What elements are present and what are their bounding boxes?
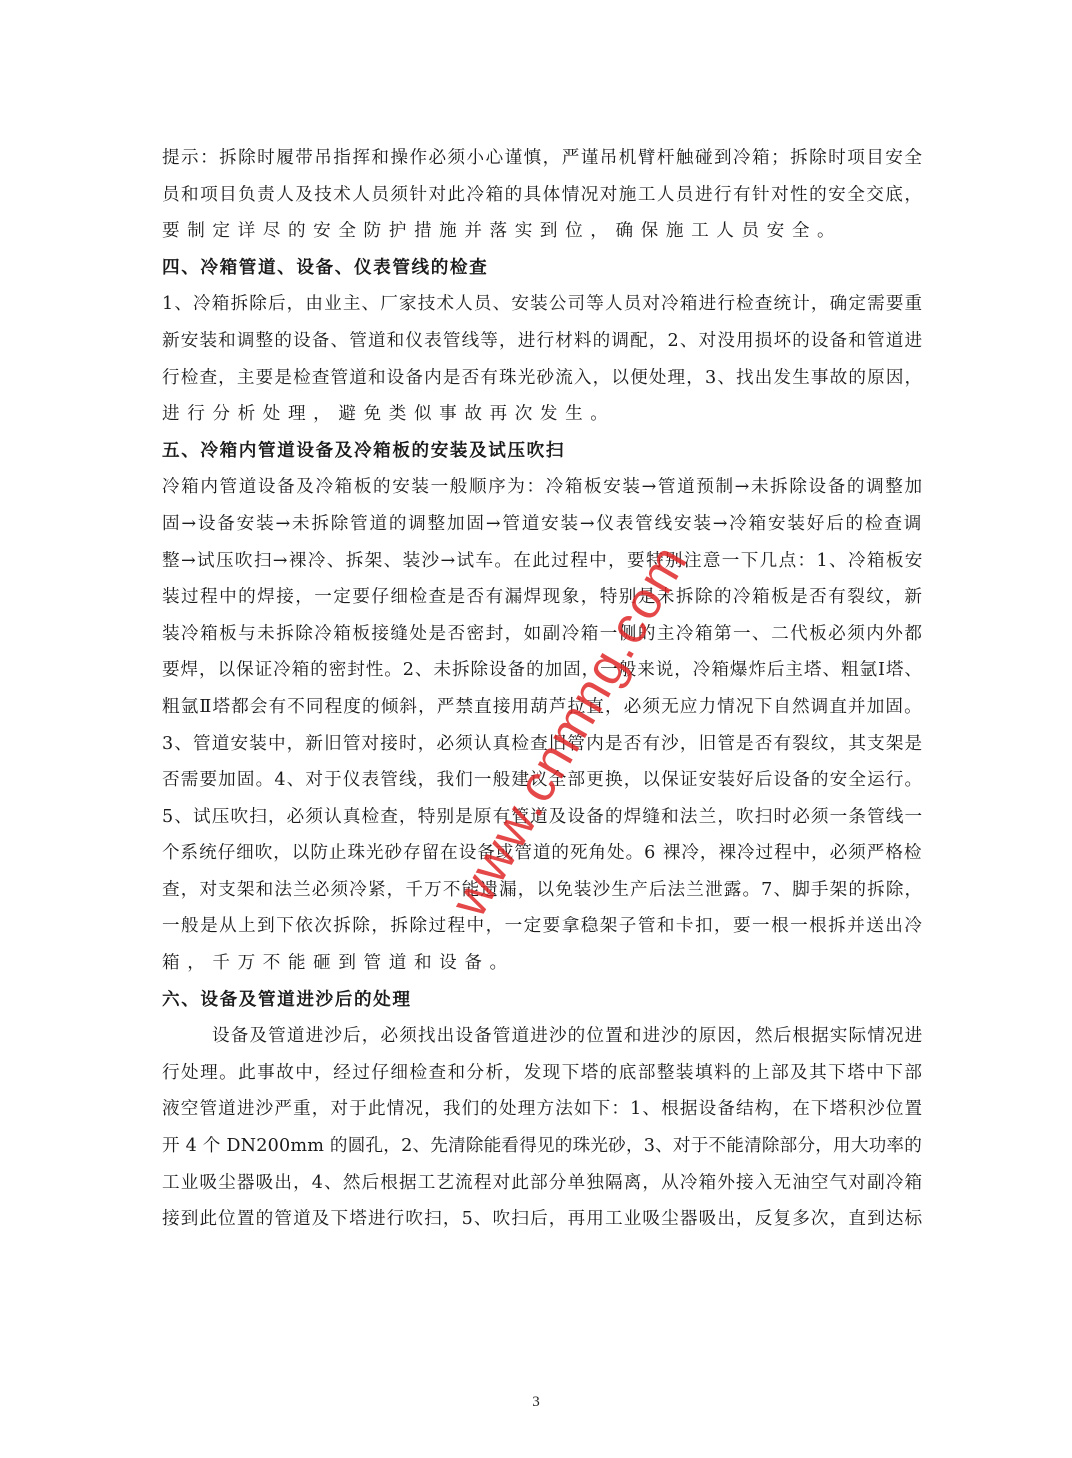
text-line: 个系统仔细吹，以防止珠光砂存留在设备或管道的死角处。6 裸冷，裸冷过程中，必须严… bbox=[162, 835, 922, 872]
section-heading: 四、冷箱管道、设备、仪表管线的检查 bbox=[162, 250, 922, 287]
text-line: 工业吸尘器吸出，4、然后根据工艺流程对此部分单独隔离，从冷箱外接入无油空气对副冷… bbox=[162, 1165, 922, 1202]
text-line: 一般是从上到下依次拆除，拆除过程中，一定要拿稳架子管和卡扣，要一根一根拆并送出冷 bbox=[162, 908, 922, 945]
text-line: 装冷箱板与未拆除冷箱板接缝处是否密封，如副冷箱一侧的主冷箱第一、二代板必须内外都 bbox=[162, 616, 922, 653]
text-line: 行检查，主要是检查管道和设备内是否有珠光砂流入，以便处理，3、找出发生事故的原因… bbox=[162, 360, 922, 397]
text-line: 冷箱内管道设备及冷箱板的安装一般顺序为：冷箱板安装→管道预制→未拆除设备的调整加 bbox=[162, 469, 922, 506]
text-line: 接到此位置的管道及下塔进行吹扫，5、吹扫后，再用工业吸尘器吸出，反复多次，直到达… bbox=[162, 1201, 922, 1238]
section-heading: 五、冷箱内管道设备及冷箱板的安装及试压吹扫 bbox=[162, 433, 922, 470]
text-line: 要焊，以保证冷箱的密封性。2、未拆除设备的加固，一般来说，冷箱爆炸后主塔、粗氩Ⅰ… bbox=[162, 652, 922, 689]
text-line: 开 4 个 DN200mm 的圆孔，2、先清除能看得见的珠光砂，3、对于不能清除… bbox=[162, 1128, 922, 1165]
text-line: 行处理。此事故中，经过仔细检查和分析，发现下塔的底部整装填料的上部及其下塔中下部 bbox=[162, 1055, 922, 1092]
text-line: 进行分析处理，避免类似事故再次发生。 bbox=[162, 396, 922, 433]
text-line: 3、管道安装中，新旧管对接时，必须认真检查旧管内是否有沙，旧管是否有裂纹，其支架… bbox=[162, 726, 922, 763]
text-line: 员和项目负责人及技术人员须针对此冷箱的具体情况对施工人员进行有针对性的安全交底， bbox=[162, 177, 922, 214]
paragraph: 提示：拆除时履带吊指挥和操作必须小心谨慎，严谨吊机臂杆触碰到冷箱；拆除时项目安全… bbox=[162, 140, 922, 250]
text-line: 装过程中的焊接，一定要仔细检查是否有漏焊现象，特别是未拆除的冷箱板是否有裂纹，新 bbox=[162, 579, 922, 616]
text-line: 要制定详尽的安全防护措施并落实到位，确保施工人员安全。 bbox=[162, 213, 922, 250]
text-line: 箱，千万不能砸到管道和设备。 bbox=[162, 945, 922, 982]
text-line: 设备及管道进沙后，必须找出设备管道进沙的位置和进沙的原因，然后根据实际情况进 bbox=[162, 1018, 922, 1055]
text-line: 液空管道进沙严重，对于此情况，我们的处理方法如下：1、根据设备结构，在下塔积沙位… bbox=[162, 1091, 922, 1128]
document-body: 提示：拆除时履带吊指挥和操作必须小心谨慎，严谨吊机臂杆触碰到冷箱；拆除时项目安全… bbox=[162, 140, 922, 1238]
text-line: 否需要加固。4、对于仪表管线，我们一般建议全部更换，以保证安装好后设备的安全运行… bbox=[162, 762, 922, 799]
text-line: 5、试压吹扫，必须认真检查，特别是原有管道及设备的焊缝和法兰，吹扫时必须一条管线… bbox=[162, 799, 922, 836]
text-line: 固→设备安装→未拆除管道的调整加固→管道安装→仪表管线安装→冷箱安装好后的检查调 bbox=[162, 506, 922, 543]
paragraph: 1、冷箱拆除后，由业主、厂家技术人员、安装公司等人员对冷箱进行检查统计，确定需要… bbox=[162, 286, 922, 432]
page-number: 3 bbox=[0, 1394, 1072, 1411]
text-line: 提示：拆除时履带吊指挥和操作必须小心谨慎，严谨吊机臂杆触碰到冷箱；拆除时项目安全 bbox=[162, 140, 922, 177]
section-heading: 六、设备及管道进沙后的处理 bbox=[162, 982, 922, 1019]
paragraph: 设备及管道进沙后，必须找出设备管道进沙的位置和进沙的原因，然后根据实际情况进行处… bbox=[162, 1018, 922, 1238]
text-line: 1、冷箱拆除后，由业主、厂家技术人员、安装公司等人员对冷箱进行检查统计，确定需要… bbox=[162, 286, 922, 323]
document-page: 提示：拆除时履带吊指挥和操作必须小心谨慎，严谨吊机臂杆触碰到冷箱；拆除时项目安全… bbox=[0, 0, 1072, 1458]
text-line: 查，对支架和法兰必须冷紧，千万不能遗漏，以免装沙生产后法兰泄露。7、脚手架的拆除… bbox=[162, 872, 922, 909]
paragraph: 冷箱内管道设备及冷箱板的安装一般顺序为：冷箱板安装→管道预制→未拆除设备的调整加… bbox=[162, 469, 922, 981]
text-line: 整→试压吹扫→裸冷、拆架、装沙→试车。在此过程中，要特别注意一下几点：1、冷箱板… bbox=[162, 543, 922, 580]
text-line: 新安装和调整的设备、管道和仪表管线等，进行材料的调配，2、对没用损坏的设备和管道… bbox=[162, 323, 922, 360]
text-line: 粗氩Ⅱ塔都会有不同程度的倾斜，严禁直接用葫芦拉直，必须无应力情况下自然调直并加固… bbox=[162, 689, 922, 726]
